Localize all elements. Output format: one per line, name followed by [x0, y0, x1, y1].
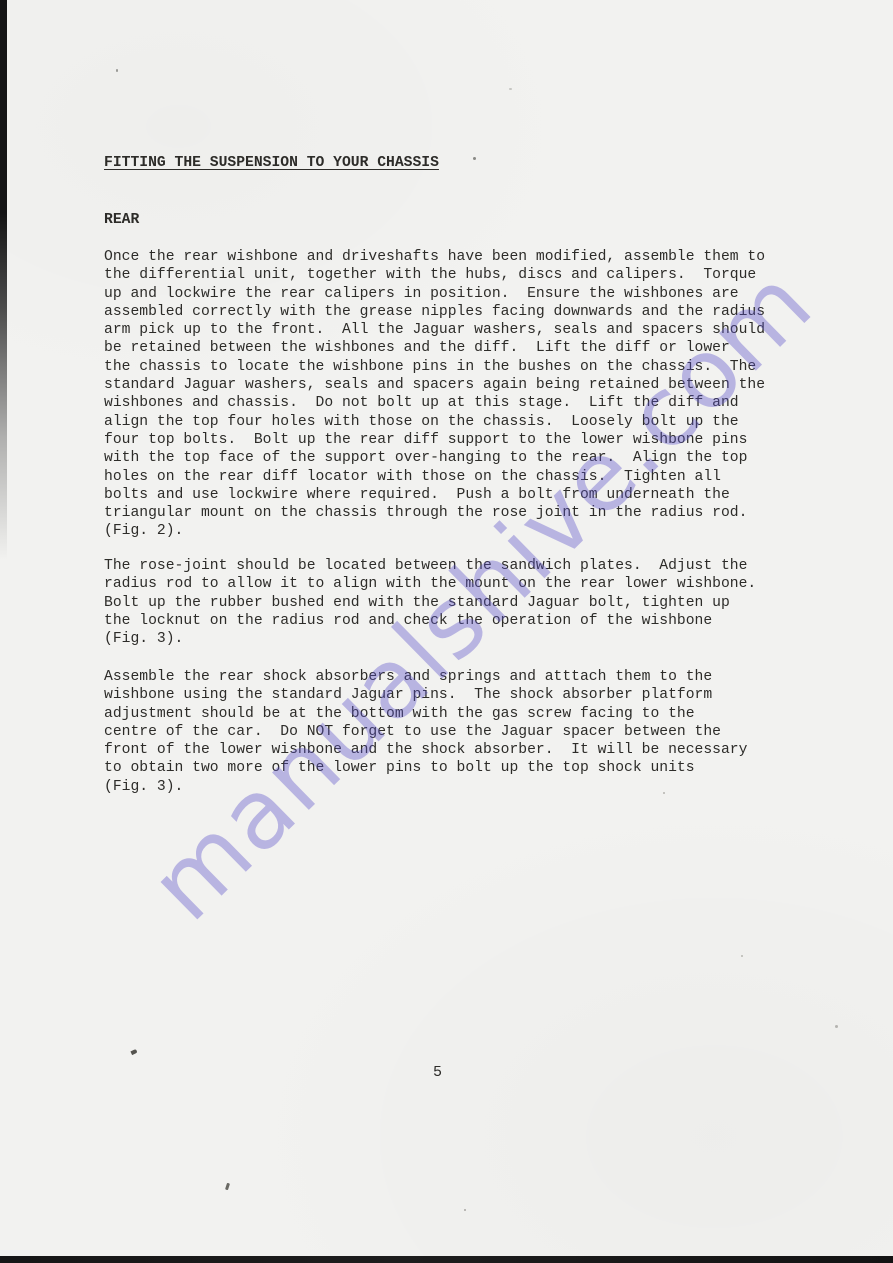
scan-speck [509, 88, 512, 90]
section-heading-rear: REAR [104, 212, 139, 228]
scan-edge-bottom [0, 1256, 893, 1263]
page-title: FITTING THE SUSPENSION TO YOUR CHASSIS [104, 155, 439, 171]
scanned-manual-page: FITTING THE SUSPENSION TO YOUR CHASSIS R… [0, 0, 893, 1263]
scan-speck [835, 1025, 838, 1028]
paragraph-assembly: Once the rear wishbone and driveshafts h… [104, 248, 824, 541]
paragraph-rose-joint: The rose-joint should be located between… [104, 557, 824, 648]
scan-speck [116, 69, 118, 72]
page-number: 5 [433, 1064, 442, 1081]
scan-speck [225, 1183, 230, 1191]
scan-speck [464, 1209, 466, 1211]
paragraph-shock-absorbers: Assemble the rear shock absorbers and sp… [104, 668, 824, 796]
scan-speck [473, 157, 476, 160]
scan-speck [130, 1049, 137, 1055]
scan-speck [741, 955, 743, 957]
scan-edge-left [0, 0, 7, 560]
scan-speck [663, 792, 665, 794]
